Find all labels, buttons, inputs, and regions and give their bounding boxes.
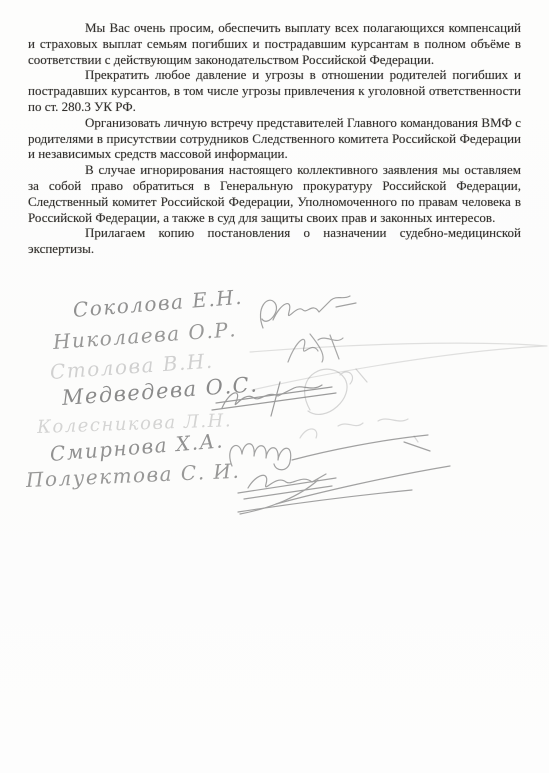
signature-stroke-3: [305, 369, 367, 414]
signature-stroke-1: [260, 296, 356, 328]
signature-block: Соколова Е.Н. Николаева О.Р. Столова В.Н…: [0, 290, 549, 530]
signature-stroke-6: [230, 435, 430, 470]
paragraph-attachment: Прилагаем копию постановления о назначен…: [28, 225, 521, 257]
scanned-document-page: Мы Вас очень просим, обеспечить выплату …: [0, 0, 549, 773]
signature-stroke-long-line: [250, 343, 547, 390]
paragraph-compensations: Мы Вас очень просим, обеспечить выплату …: [28, 20, 521, 67]
paragraph-stop-pressure: Прекратить любое давление и угрозы в отн…: [28, 67, 521, 114]
signature-stroke-7: [238, 466, 450, 514]
paragraph-meeting-request: Организовать личную встречу представител…: [28, 115, 521, 162]
letter-body: Мы Вас очень просим, обеспечить выплату …: [28, 20, 521, 257]
paragraph-legal-warning: В случае игнорирования настоящего коллек…: [28, 162, 521, 225]
signature-scribbles: [0, 290, 549, 530]
